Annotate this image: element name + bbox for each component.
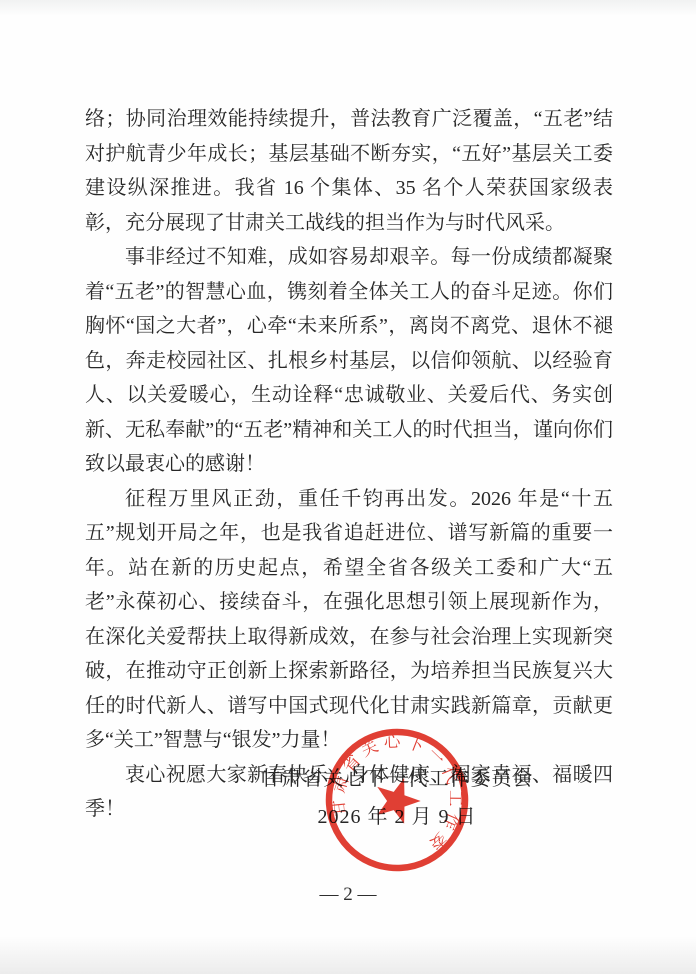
scan-shading-top: [0, 0, 696, 16]
signing-date: 2026 年 2 月 9 日: [49, 798, 696, 836]
signing-organization: 甘肃省关心下一代工作委员会: [49, 760, 696, 798]
paragraph: 征程万里风正劲，重任千钧再出发。2026 年是“十五五”规划开局之年，也是我省追…: [85, 482, 613, 758]
paragraph: 事非经过不知难，成如容易却艰辛。每一份成绩都凝聚着“五老”的智慧心血，镌刻着全体…: [85, 240, 613, 482]
document-page: 络；协同治理效能持续提升，普法教育广泛覆盖，“五老”结对护航青少年成长；基层基础…: [0, 0, 696, 974]
scan-shading-bottom: [0, 936, 696, 974]
page-number: — 2 —: [0, 884, 696, 906]
letter-body: 络；协同治理效能持续提升，普法教育广泛覆盖，“五老”结对护航青少年成长；基层基础…: [85, 102, 613, 827]
signature-block: 甘肃省关心下一代工作委员会 2026 年 2 月 9 日: [49, 760, 696, 836]
paragraph-continuation: 络；协同治理效能持续提升，普法教育广泛覆盖，“五老”结对护航青少年成长；基层基础…: [85, 102, 613, 240]
